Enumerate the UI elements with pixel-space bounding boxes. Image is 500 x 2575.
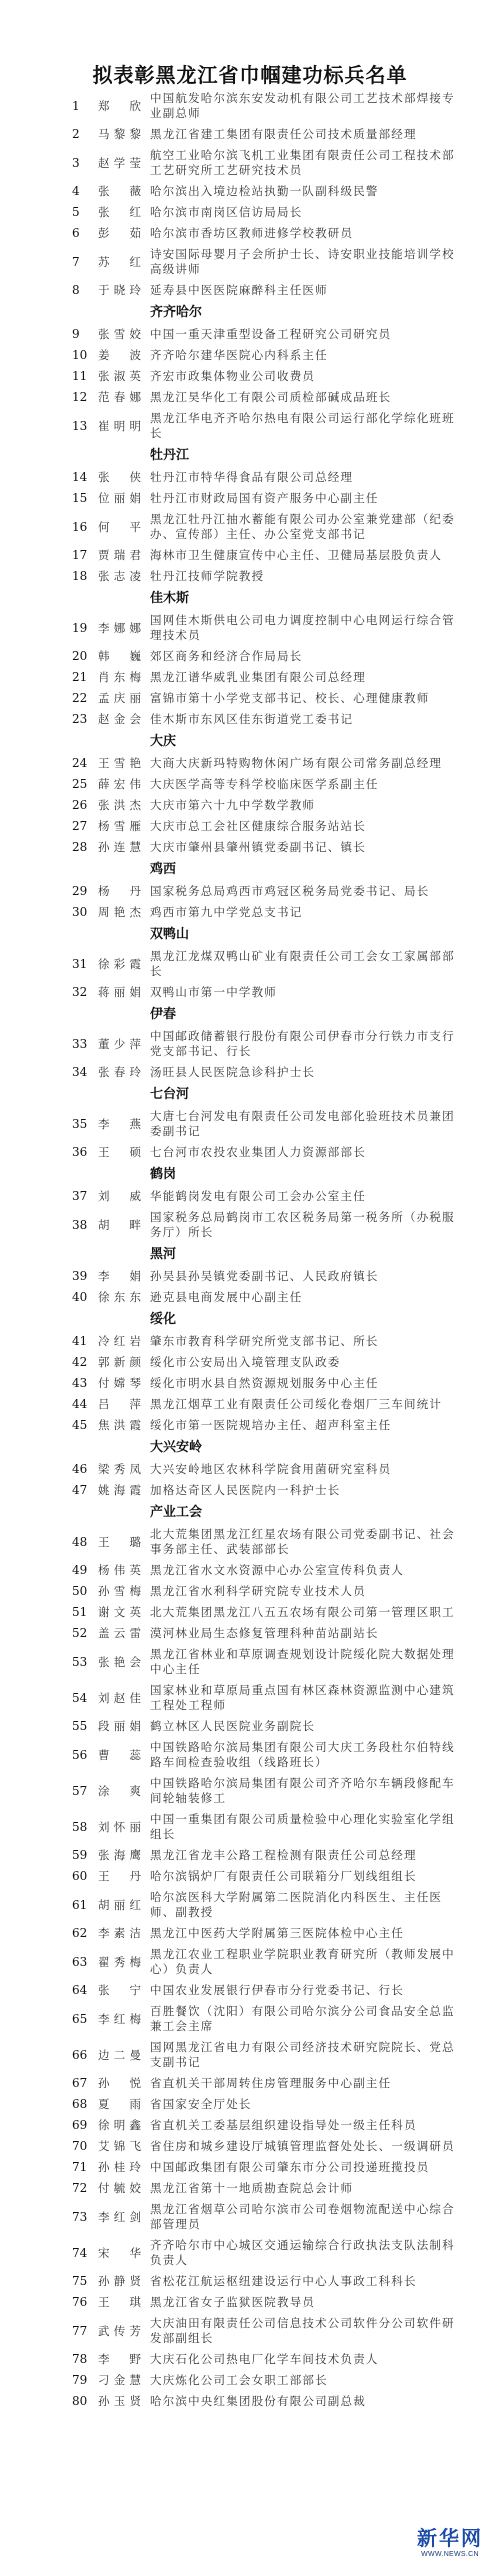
person-position: 中国航发哈尔滨东安发动机有限公司工艺技术部焊接专业副总师 xyxy=(150,91,467,121)
region-section-heading: 黑河 xyxy=(72,1243,467,1266)
person-position: 大庆油田有限责任公司信息技术公司软件分公司软件研发部副组长 xyxy=(150,2316,467,2346)
person-name: 孙连慧 xyxy=(98,840,150,855)
entry-number: 37 xyxy=(72,1189,98,1204)
entry-number: 46 xyxy=(72,1462,98,1477)
person-position: 双鸭山市第一中学教师 xyxy=(150,985,467,1000)
person-name: 赵学莹 xyxy=(98,156,150,171)
person-name: 孟庆丽 xyxy=(98,691,150,706)
entry-number: 61 xyxy=(72,1898,98,1913)
person-position: 佳木斯市东风区佳东街道党工委书记 xyxy=(150,712,467,727)
entry-number: 26 xyxy=(72,798,98,813)
person-name: 胡 畔 xyxy=(98,1218,150,1233)
person-name: 盖云雷 xyxy=(98,1626,150,1641)
entry-number: 14 xyxy=(72,470,98,485)
list-item: 12范春娜黑龙江昊华化工有限公司质检部碱成品班长 xyxy=(72,387,467,408)
list-item: 39李 娟孙吴县孙吴镇党委副书记、人民政府镇长 xyxy=(72,1266,467,1287)
list-item: 58刘怀丽中国一重集团有限公司质量检验中心理化实验室化学组组长 xyxy=(72,1809,467,1845)
list-item: 35李 燕大唐七台河发电有限责任公司发电部化验班技术员兼团委副书记 xyxy=(72,1106,467,1142)
person-position: 大商大庆新玛特购物休闲广场有限公司常务副总经理 xyxy=(150,756,467,771)
person-position: 大庆石化公司热电厂化学车间技术负责人 xyxy=(150,2352,467,2367)
person-position: 齐齐哈尔建华医院心内科系主任 xyxy=(150,348,467,363)
person-name: 张淑英 xyxy=(98,369,150,384)
entry-number: 75 xyxy=(72,2274,98,2289)
entry-number: 21 xyxy=(72,670,98,685)
entry-number: 38 xyxy=(72,1218,98,1233)
person-name: 郭新颜 xyxy=(98,1355,150,1370)
entry-number: 80 xyxy=(72,2394,98,2409)
list-item: 70艾锦飞省住房和城乡建设厅城镇管理监督处处长、一级调研员 xyxy=(72,2136,467,2157)
person-position: 省松花江航运枢纽建设运行中心人事政工科科长 xyxy=(150,2274,467,2289)
person-name: 王 璐 xyxy=(98,1535,150,1550)
list-item: 72付毓姣黑龙江省第十一地质勘查院总会计师 xyxy=(72,2178,467,2199)
entry-number: 20 xyxy=(72,649,98,664)
list-item: 50孙雪梅黑龙江省水利科学研究院专业技术人员 xyxy=(72,1581,467,1602)
list-item: 5张 红哈尔滨市南岗区信访局局长 xyxy=(72,202,467,223)
person-name: 张 宁 xyxy=(98,1983,150,1998)
list-item: 80孙玉贤哈尔滨中央红集团股份有限公司副总裁 xyxy=(72,2391,467,2412)
person-position: 鹤立林区人民医院业务副院长 xyxy=(150,1719,467,1734)
person-name: 孙桂玲 xyxy=(98,2160,150,2175)
list-item: 10姜 波齐齐哈尔建华医院心内科系主任 xyxy=(72,345,467,366)
person-position: 大兴安岭地区农林科学院食用菌研究室科员 xyxy=(150,1462,467,1477)
entry-number: 28 xyxy=(72,840,98,855)
person-position: 牡丹江市特华得食品有限公司总经理 xyxy=(150,470,467,485)
person-name: 吕 萍 xyxy=(98,1397,150,1412)
entry-number: 36 xyxy=(72,1145,98,1160)
entry-number: 29 xyxy=(72,884,98,899)
entry-number: 69 xyxy=(72,2118,98,2133)
entry-number: 48 xyxy=(72,1535,98,1550)
person-name: 孙雪梅 xyxy=(98,1584,150,1599)
person-position: 七台河市农投农业集团人力资源部部长 xyxy=(150,1145,467,1160)
region-section-heading: 七台河 xyxy=(72,1083,467,1106)
person-position: 肇东市教育科学研究所党支部书记、所长 xyxy=(150,1334,467,1349)
entry-number: 54 xyxy=(72,1691,98,1706)
person-name: 李娜娜 xyxy=(98,621,150,636)
person-name: 胡丽红 xyxy=(98,1898,150,1913)
person-position: 黑龙江省水利科学研究院专业技术人员 xyxy=(150,1584,467,1599)
person-name: 位丽娟 xyxy=(98,491,150,506)
entry-number: 43 xyxy=(72,1376,98,1391)
person-name: 刘怀丽 xyxy=(98,1820,150,1835)
person-name: 孙静贤 xyxy=(98,2274,150,2289)
entry-number: 31 xyxy=(72,957,98,972)
person-name: 蒋丽娟 xyxy=(98,985,150,1000)
person-position: 国网佳木斯供电公司电力调度控制中心电网运行综合管理技术员 xyxy=(150,613,467,643)
person-position: 加格达奇区人民医院内一科护士长 xyxy=(150,1483,467,1498)
person-position: 黑龙江省第十一地质勘查院总会计师 xyxy=(150,2181,467,2196)
person-name: 李 燕 xyxy=(98,1117,150,1132)
person-position: 富锦市第十小学党支部书记、校长、心理健康教师 xyxy=(150,691,467,706)
person-name: 王 琪 xyxy=(98,2295,150,2310)
entry-number: 6 xyxy=(72,226,98,241)
person-name: 徐明鑫 xyxy=(98,2118,150,2133)
list-item: 55段丽娟鹤立林区人民医院业务副院长 xyxy=(72,1716,467,1737)
person-position: 中国邮政储蓄银行股份有限公司伊春市分行铁力市支行党支部书记、行长 xyxy=(150,1029,467,1059)
person-position: 黑龙江省烟草公司哈尔滨市公司卷烟物流配送中心综合部管理员 xyxy=(150,2202,467,2232)
region-section-heading: 牡丹江 xyxy=(72,444,467,467)
entry-number: 18 xyxy=(72,569,98,584)
region-section-heading: 双鸭山 xyxy=(72,923,467,946)
person-position: 齐宏市政集体物业公司收费员 xyxy=(150,369,467,384)
list-item: 60王 丹哈尔滨锅炉厂有限责任公司联箱分厂划线组组长 xyxy=(72,1866,467,1887)
list-item: 45焦洪霞绥化市第一医院规培办主任、超声科室主任 xyxy=(72,1415,467,1436)
person-name: 周艳杰 xyxy=(98,905,150,920)
list-item: 11张淑英齐宏市政集体物业公司收费员 xyxy=(72,366,467,387)
list-item: 78李 野大庆石化公司热电厂化学车间技术负责人 xyxy=(72,2349,467,2370)
list-item: 27杨雪雁大庆市总工会社区健康综合服务站站长 xyxy=(72,816,467,837)
person-position: 省直机关工委基层组织建设指导处一级主任科员 xyxy=(150,2118,467,2133)
entry-number: 65 xyxy=(72,2012,98,2027)
entry-number: 23 xyxy=(72,712,98,727)
list-item: 33董少萍中国邮政储蓄银行股份有限公司伊春市分行铁力市支行党支部书记、行长 xyxy=(72,1026,467,1062)
person-name: 孙 悦 xyxy=(98,2076,150,2091)
list-item: 62李素洁黑龙江中医药大学附属第三医院体检中心主任 xyxy=(72,1923,467,1944)
person-position: 牡丹江技师学院教授 xyxy=(150,569,467,584)
person-position: 汤旺县人民医院急诊科护士长 xyxy=(150,1065,467,1080)
person-name: 崔明明 xyxy=(98,419,150,434)
entry-number: 74 xyxy=(72,2246,98,2261)
person-name: 姚海霞 xyxy=(98,1483,150,1498)
person-name: 贾瑞君 xyxy=(98,548,150,563)
list-item: 13崔明明黑龙江华电齐齐哈尔热电有限公司运行部化学综化班班长 xyxy=(72,408,467,444)
person-position: 黑龙江农业工程职业学院职业教育研究所（教师发展中心）负责人 xyxy=(150,1947,467,1977)
person-position: 大庆炼化公司工会女职工部部长 xyxy=(150,2373,467,2388)
person-name: 段丽娟 xyxy=(98,1719,150,1734)
region-section-heading: 齐齐哈尔 xyxy=(72,301,467,324)
region-section-heading: 大庆 xyxy=(72,730,467,753)
list-item: 46梁秀凤大兴安岭地区农林科学院食用菌研究室科员 xyxy=(72,1459,467,1480)
entry-number: 51 xyxy=(72,1605,98,1620)
list-item: 20韩 巍郊区商务和经济合作局局长 xyxy=(72,646,467,667)
entry-number: 78 xyxy=(72,2352,98,2367)
list-item: 79刁金慧大庆炼化公司工会女职工部部长 xyxy=(72,2370,467,2391)
list-item: 54刘赵佳国家林业和草原局重点国有林区森林资源监测中心建筑工程处工程师 xyxy=(72,1680,467,1716)
list-item: 64张 宁中国农业发展银行伊春市分行党委书记、行长 xyxy=(72,1980,467,2001)
person-position: 哈尔滨市香坊区教师进修学校教研员 xyxy=(150,226,467,241)
person-position: 哈尔滨医科大学附属第二医院消化内科医生、主任医师、副教授 xyxy=(150,1890,467,1920)
person-name: 薛宏伟 xyxy=(98,777,150,792)
list-item: 22孟庆丽富锦市第十小学党支部书记、校长、心理健康教师 xyxy=(72,688,467,709)
person-position: 华能鹤岗发电有限公司工会办公室主任 xyxy=(150,1189,467,1204)
entry-number: 16 xyxy=(72,520,98,535)
person-name: 杨 丹 xyxy=(98,884,150,899)
person-name: 翟秀梅 xyxy=(98,1955,150,1970)
list-item: 74宋 华齐齐哈尔市中心城区交通运输综合行政执法支队法制科负责人 xyxy=(72,2235,467,2271)
person-position: 郊区商务和经济合作局局长 xyxy=(150,649,467,664)
person-position: 黑龙江省龙丰公路工程检测有限责任公司总经理 xyxy=(150,1848,467,1863)
person-position: 大庆市总工会社区健康综合服务站站长 xyxy=(150,819,467,834)
entry-number: 52 xyxy=(72,1626,98,1641)
entry-number: 70 xyxy=(72,2139,98,2154)
entry-number: 44 xyxy=(72,1397,98,1412)
list-item: 9张雪姣中国一重天津重型设备工程研究公司研究员 xyxy=(72,324,467,345)
list-item: 67孙 悦省直机关干部周转住房管理服务中心副主任 xyxy=(72,2073,467,2094)
person-name: 王雪艳 xyxy=(98,756,150,771)
person-name: 付嫦琴 xyxy=(98,1376,150,1391)
person-name: 李 野 xyxy=(98,2352,150,2367)
list-item: 59张海鹰黑龙江省龙丰公路工程检测有限责任公司总经理 xyxy=(72,1845,467,1866)
person-name: 杨伟英 xyxy=(98,1563,150,1578)
list-item: 25薛宏伟大庆医学高等专科学校临床医学系副主任 xyxy=(72,774,467,795)
entry-number: 58 xyxy=(72,1820,98,1835)
person-name: 艾锦飞 xyxy=(98,2139,150,2154)
person-name: 谢文英 xyxy=(98,1605,150,1620)
list-item: 51谢文英北大荒集团黑龙江八五五农场有限公司第一管理区职工 xyxy=(72,1602,467,1623)
person-position: 哈尔滨市南岗区信访局局长 xyxy=(150,205,467,220)
entry-number: 1 xyxy=(72,99,98,114)
person-name: 李红剑 xyxy=(98,2210,150,2225)
person-name: 王 硕 xyxy=(98,1145,150,1160)
entry-number: 57 xyxy=(72,1784,98,1799)
person-name: 边二曼 xyxy=(98,2048,150,2063)
person-name: 武传芳 xyxy=(98,2324,150,2339)
list-item: 48王 璐北大荒集团黑龙江红星农场有限公司党委副书记、社会事务部主任、武装部部长 xyxy=(72,1524,467,1560)
person-position: 孙吴县孙吴镇党委副书记、人民政府镇长 xyxy=(150,1269,467,1284)
person-position: 中国一重集团有限公司质量检验中心理化实验室化学组组长 xyxy=(150,1812,467,1842)
xinhua-logo: 新华网 WWW.NEWS.CN xyxy=(405,2522,495,2558)
entry-number: 79 xyxy=(72,2373,98,2388)
list-item: 68夏 雨省国家安全厅处长 xyxy=(72,2094,467,2115)
list-item: 37刘 威华能鹤岗发电有限公司工会办公室主任 xyxy=(72,1186,467,1207)
entry-number: 64 xyxy=(72,1983,98,1998)
person-position: 海林市卫生健康宣传中心主任、卫健局基层股负责人 xyxy=(150,548,467,563)
person-name: 张艳会 xyxy=(98,1655,150,1670)
person-name: 张 薇 xyxy=(98,184,150,199)
person-position: 哈尔滨中央红集团股份有限公司副总裁 xyxy=(150,2394,467,2409)
list-item: 26张洪杰大庆市第六十九中学数学教师 xyxy=(72,795,467,816)
person-name: 何 平 xyxy=(98,520,150,535)
list-item: 29杨 丹国家税务总局鸡西市鸡冠区税务局党委书记、局长 xyxy=(72,881,467,902)
region-section-heading: 绥化 xyxy=(72,1308,467,1331)
person-position: 中国一重天津重型设备工程研究公司研究员 xyxy=(150,327,467,342)
person-name: 刁金慧 xyxy=(98,2373,150,2388)
entry-number: 66 xyxy=(72,2048,98,2063)
person-name: 张 红 xyxy=(98,205,150,220)
region-section-heading: 产业工会 xyxy=(72,1501,467,1524)
person-name: 姜 波 xyxy=(98,348,150,363)
person-name: 梁秀凤 xyxy=(98,1462,150,1477)
person-position: 绥化市公安局出入境管理支队政委 xyxy=(150,1355,467,1370)
entry-number: 73 xyxy=(72,2210,98,2225)
entry-number: 34 xyxy=(72,1065,98,1080)
person-position: 北大荒集团黑龙江八五五农场有限公司第一管理区职工 xyxy=(150,1605,467,1620)
list-item: 77武传芳大庆油田有限责任公司信息技术公司软件分公司软件研发部副组长 xyxy=(72,2313,467,2349)
list-item: 31徐彩霞黑龙江龙煤双鸭山矿业有限责任公司工会女工家属部部长 xyxy=(72,946,467,982)
person-position: 鸡西市第九中学党总支书记 xyxy=(150,905,467,920)
person-name: 赵金会 xyxy=(98,712,150,727)
list-item: 73李红剑黑龙江省烟草公司哈尔滨市公司卷烟物流配送中心综合部管理员 xyxy=(72,2199,467,2235)
entry-number: 45 xyxy=(72,1418,98,1433)
person-name: 徐彩霞 xyxy=(98,957,150,972)
list-item: 53张艳会黑龙江省林业和草原调查规划设计院绥化院大数据处理中心主任 xyxy=(72,1644,467,1680)
list-item: 32蒋丽娟双鸭山市第一中学教师 xyxy=(72,982,467,1003)
person-name: 付毓姣 xyxy=(98,2181,150,2196)
document-title: 拟表彰黑龙江省巾帼建功标兵名单 xyxy=(0,59,500,88)
person-position: 绥化市明水县自然资源规划服务中心主任 xyxy=(150,1376,467,1391)
list-item: 41冷红岩肇东市教育科学研究所党支部书记、所长 xyxy=(72,1331,467,1352)
person-name: 于晓玲 xyxy=(98,283,150,298)
person-position: 黑龙江龙煤双鸭山矿业有限责任公司工会女工家属部部长 xyxy=(150,949,467,979)
entry-number: 12 xyxy=(72,390,98,405)
person-position: 中国邮政集团有限公司肇东市分公司投递班揽投员 xyxy=(150,2160,467,2175)
person-position: 黑龙江省女子监狱医院教导员 xyxy=(150,2295,467,2310)
list-item: 8于晓玲延寿县中医医院麻醉科主任医师 xyxy=(72,280,467,301)
list-item: 69徐明鑫省直机关工委基层组织建设指导处一级主任科员 xyxy=(72,2115,467,2136)
list-item: 47姚海霞加格达奇区人民医院内一科护士长 xyxy=(72,1480,467,1501)
person-name: 李红梅 xyxy=(98,2012,150,2027)
list-item: 24王雪艳大商大庆新玛特购物休闲广场有限公司常务副总经理 xyxy=(72,753,467,774)
honoree-list: 1郑 欣中国航发哈尔滨东安发动机有限公司工艺技术部焊接专业副总师2马黎黎黑龙江省… xyxy=(72,88,467,2412)
entry-number: 9 xyxy=(72,327,98,342)
person-position: 省住房和城乡建设厅城镇管理监督处处长、一级调研员 xyxy=(150,2139,467,2154)
entry-number: 27 xyxy=(72,819,98,834)
list-item: 52盖云雷漠河林业局生态修复管理科种苗站副站长 xyxy=(72,1623,467,1644)
person-name: 苏 红 xyxy=(98,255,150,270)
person-position: 黑龙江昊华化工有限公司质检部碱成品班长 xyxy=(150,390,467,405)
person-position: 延寿县中医医院麻醉科主任医师 xyxy=(150,283,467,298)
entry-number: 59 xyxy=(72,1848,98,1863)
entry-number: 25 xyxy=(72,777,98,792)
entry-number: 13 xyxy=(72,419,98,434)
list-item: 34张春玲汤旺县人民医院急诊科护士长 xyxy=(72,1062,467,1083)
entry-number: 35 xyxy=(72,1117,98,1132)
person-position: 黑龙江谱华威乳业集团有限公司总经理 xyxy=(150,670,467,685)
person-name: 马黎黎 xyxy=(98,127,150,142)
person-position: 大庆市肇州县肇州镇党委副书记、镇长 xyxy=(150,840,467,855)
entry-number: 24 xyxy=(72,756,98,771)
person-name: 董少萍 xyxy=(98,1037,150,1052)
person-name: 宋 华 xyxy=(98,2246,150,2261)
person-position: 中国铁路哈尔滨局集团有限公司大庆工务段杜尔伯特线路车间检查验收组（线路班长） xyxy=(150,1740,467,1770)
entry-number: 53 xyxy=(72,1655,98,1670)
person-name: 王 丹 xyxy=(98,1869,150,1884)
person-name: 张洪杰 xyxy=(98,798,150,813)
list-item: 42郭新颜绥化市公安局出入境管理支队政委 xyxy=(72,1352,467,1373)
entry-number: 47 xyxy=(72,1483,98,1498)
person-position: 绥化市第一医院规培办主任、超声科室主任 xyxy=(150,1418,467,1433)
list-item: 16何 平黑龙江牡丹江抽水蓄能有限公司办公室兼党建部（纪委办、宣传部）主任、办公… xyxy=(72,509,467,545)
list-item: 76王 琪黑龙江省女子监狱医院教导员 xyxy=(72,2292,467,2313)
entry-number: 4 xyxy=(72,184,98,199)
person-name: 徐东东 xyxy=(98,1290,150,1305)
list-item: 17贾瑞君海林市卫生健康宣传中心主任、卫健局基层股负责人 xyxy=(72,545,467,566)
region-section-heading: 佳木斯 xyxy=(72,587,467,610)
entry-number: 50 xyxy=(72,1584,98,1599)
list-item: 71孙桂玲中国邮政集团有限公司肇东市分公司投递班揽投员 xyxy=(72,2157,467,2178)
entry-number: 15 xyxy=(72,491,98,506)
list-item: 23赵金会佳木斯市东风区佳东街道党工委书记 xyxy=(72,709,467,730)
person-name: 范春娜 xyxy=(98,390,150,405)
entry-number: 32 xyxy=(72,985,98,1000)
entry-number: 30 xyxy=(72,905,98,920)
list-item: 75孙静贤省松花江航运枢纽建设运行中心人事政工科科长 xyxy=(72,2271,467,2292)
person-position: 大庆医学高等专科学校临床医学系副主任 xyxy=(150,777,467,792)
person-name: 张雪姣 xyxy=(98,327,150,342)
entry-number: 41 xyxy=(72,1334,98,1349)
person-position: 国家林业和草原局重点国有林区森林资源监测中心建筑工程处工程师 xyxy=(150,1683,467,1713)
list-item: 43付嫦琴绥化市明水县自然资源规划服务中心主任 xyxy=(72,1373,467,1394)
person-position: 哈尔滨锅炉厂有限责任公司联箱分厂划线组组长 xyxy=(150,1869,467,1884)
list-item: 21肖东梅黑龙江谱华威乳业集团有限公司总经理 xyxy=(72,667,467,688)
person-position: 国网黑龙江省电力有限公司经济技术研究院院长、党总支副书记 xyxy=(150,2040,467,2070)
person-position: 黑龙江省林业和草原调查规划设计院绥化院大数据处理中心主任 xyxy=(150,1647,467,1677)
entry-number: 7 xyxy=(72,255,98,270)
person-position: 北大荒集团黑龙江红星农场有限公司党委副书记、社会事务部主任、武装部部长 xyxy=(150,1527,467,1557)
person-name: 张 侠 xyxy=(98,470,150,485)
entry-number: 22 xyxy=(72,691,98,706)
list-item: 38胡 畔国家税务总局鹤岗市工农区税务局第一税务所（办税服务厅）所长 xyxy=(72,1207,467,1243)
person-position: 省国家安全厅处长 xyxy=(150,2097,467,2112)
person-position: 航空工业哈尔滨飞机工业集团有限责任公司工程技术部工艺研究所工艺研究技术员 xyxy=(150,148,467,178)
list-item: 36王 硕七台河市农投农业集团人力资源部部长 xyxy=(72,1142,467,1163)
list-item: 49杨伟英黑龙江省水文水资源中心办公室宣传科负责人 xyxy=(72,1560,467,1581)
entry-number: 62 xyxy=(72,1926,98,1941)
list-item: 7苏 红诗安国际母婴月子会所护士长、诗安职业技能培训学校高级讲师 xyxy=(72,244,467,280)
person-name: 李 娟 xyxy=(98,1269,150,1284)
person-position: 中国铁路哈尔滨局集团有限公司齐齐哈尔车辆段修配车间轮轴装修工 xyxy=(150,1776,467,1806)
list-item: 40徐东东逊克县电商发展中心副主任 xyxy=(72,1287,467,1308)
region-section-heading: 伊春 xyxy=(72,1003,467,1026)
entry-number: 42 xyxy=(72,1355,98,1370)
region-section-heading: 鹤岗 xyxy=(72,1163,467,1186)
person-position: 牡丹江市财政局国有资产服务中心副主任 xyxy=(150,491,467,506)
logo-url-text: WWW.NEWS.CN xyxy=(405,2551,495,2558)
list-item: 44吕 萍黑龙江烟草工业有限责任公司绥化卷烟厂三车间统计 xyxy=(72,1394,467,1415)
person-position: 国家税务总局鹤岗市工农区税务局第一税务所（办税服务厅）所长 xyxy=(150,1210,467,1240)
entry-number: 77 xyxy=(72,2324,98,2339)
person-position: 百胜餐饮（沈阳）有限公司哈尔滨分公司食品安全总监兼工会主席 xyxy=(150,2004,467,2034)
entry-number: 60 xyxy=(72,1869,98,1884)
entry-number: 72 xyxy=(72,2181,98,2196)
entry-number: 67 xyxy=(72,2076,98,2091)
person-position: 黑龙江牡丹江抽水蓄能有限公司办公室兼党建部（纪委办、宣传部）主任、办公室党支部书… xyxy=(150,512,467,542)
entry-number: 40 xyxy=(72,1290,98,1305)
person-position: 黑龙江省建工集团有限责任公司技术质量部经理 xyxy=(150,127,467,142)
person-name: 刘 威 xyxy=(98,1189,150,1204)
entry-number: 2 xyxy=(72,127,98,142)
list-item: 18张志凌牡丹江技师学院教授 xyxy=(72,566,467,587)
person-position: 黑龙江烟草工业有限责任公司绥化卷烟厂三车间统计 xyxy=(150,1397,467,1412)
entry-number: 5 xyxy=(72,205,98,220)
entry-number: 19 xyxy=(72,621,98,636)
entry-number: 49 xyxy=(72,1563,98,1578)
person-name: 郑 欣 xyxy=(98,99,150,114)
list-item: 15位丽娟牡丹江市财政局国有资产服务中心副主任 xyxy=(72,488,467,509)
person-name: 孙玉贤 xyxy=(98,2394,150,2409)
person-position: 齐齐哈尔市中心城区交通运输综合行政执法支队法制科负责人 xyxy=(150,2238,467,2268)
person-name: 彭 茹 xyxy=(98,226,150,241)
person-position: 中国农业发展银行伊春市分行党委书记、行长 xyxy=(150,1983,467,1998)
list-item: 2马黎黎黑龙江省建工集团有限责任公司技术质量部经理 xyxy=(72,124,467,145)
entry-number: 3 xyxy=(72,156,98,171)
list-item: 19李娜娜国网佳木斯供电公司电力调度控制中心电网运行综合管理技术员 xyxy=(72,610,467,646)
person-name: 韩 巍 xyxy=(98,649,150,664)
person-position: 黑龙江省水文水资源中心办公室宣传科负责人 xyxy=(150,1563,467,1578)
list-item: 61胡丽红哈尔滨医科大学附属第二医院消化内科医生、主任医师、副教授 xyxy=(72,1887,467,1923)
list-item: 30周艳杰鸡西市第九中学党总支书记 xyxy=(72,902,467,923)
person-name: 涂 爽 xyxy=(98,1784,150,1799)
list-item: 3赵学莹航空工业哈尔滨飞机工业集团有限责任公司工程技术部工艺研究所工艺研究技术员 xyxy=(72,145,467,181)
person-position: 大庆市第六十九中学数学教师 xyxy=(150,798,467,813)
person-position: 黑龙江中医药大学附属第三医院体检中心主任 xyxy=(150,1926,467,1941)
entry-number: 39 xyxy=(72,1269,98,1284)
person-name: 张志凌 xyxy=(98,569,150,584)
entry-number: 17 xyxy=(72,548,98,563)
person-name: 焦洪霞 xyxy=(98,1418,150,1433)
person-name: 杨雪雁 xyxy=(98,819,150,834)
entry-number: 55 xyxy=(72,1719,98,1734)
